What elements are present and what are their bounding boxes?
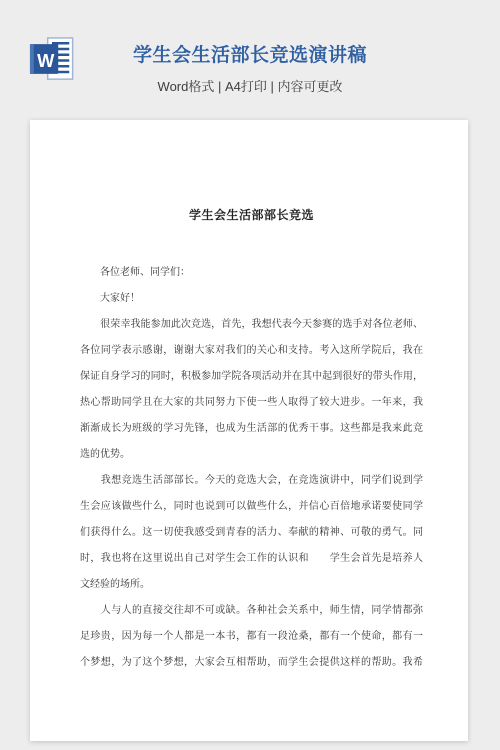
- text-line: 各位同学表示感谢，谢谢大家对我们的关心和支持。考入这所学院后，我在: [80, 338, 423, 364]
- text-line: 热心帮助同学且在大家的共同努力下使一些人取得了较大进步。一年来，我: [80, 390, 423, 416]
- page-background: W 学生会生活部长竞选演讲稿 Word格式 | A4打印 | 内容可更改 学生会…: [0, 0, 500, 750]
- text-line: 人与人的直接交往却不可或缺。各种社会关系中，师生情，同学情都弥: [80, 598, 423, 624]
- document-body: 各位老师、同学们： 大家好！ 很荣幸我能参加此次竞选，首先，我想代表今天参赛的选…: [80, 260, 423, 676]
- paragraph: 人与人的直接交往却不可或缺。各种社会关系中，师生情，同学情都弥足珍贵，因为每一个…: [80, 598, 423, 676]
- text-line: 很荣幸我能参加此次竞选，首先，我想代表今天参赛的选手对各位老师、: [80, 312, 423, 338]
- text-line: 各位老师、同学们：: [80, 260, 423, 286]
- header: W 学生会生活部长竞选演讲稿 Word格式 | A4打印 | 内容可更改: [0, 0, 500, 120]
- document-heading: 学生会生活部部长竞选: [80, 208, 423, 222]
- text-line: 渐渐成长为班级的学习先锋，也成为生活部的优秀干事。这些都是我来此竞: [80, 416, 423, 442]
- text-line: 个梦想，为了这个梦想，大家会互相帮助，而学生会提供这样的帮助。我希: [80, 650, 423, 676]
- paragraph: 大家好！: [80, 286, 423, 312]
- paragraph: 很荣幸我能参加此次竞选，首先，我想代表今天参赛的选手对各位老师、各位同学表示感谢…: [80, 312, 423, 468]
- text-line: 们获得什么。这一切使我感受到青春的活力、奉献的精神、可敬的勇气。同: [80, 520, 423, 546]
- text-line: 大家好！: [80, 286, 423, 312]
- text-line: 保证自身学习的同时，积极参加学院各项活动并在其中起到很好的带头作用，: [80, 364, 423, 390]
- text-line: 时，我也将在这里说出自己对学生会工作的认识和 学生会首先是培养人: [80, 546, 423, 572]
- text-line: 我想竞选生活部部长。今天的竞选大会，在竞选演讲中，同学们说到学: [80, 468, 423, 494]
- text-line: 选的优势。: [80, 442, 423, 468]
- text-line: 足珍贵，因为每一个人都是一本书，都有一段沧桑，都有一个使命，都有一: [80, 624, 423, 650]
- paragraph: 各位老师、同学们：: [80, 260, 423, 286]
- page-title: 学生会生活部长竞选演讲稿: [0, 43, 500, 69]
- paragraph: 我想竞选生活部部长。今天的竞选大会，在竞选演讲中，同学们说到学生会应该做些什么，…: [80, 468, 423, 598]
- page-subtitle: Word格式 | A4打印 | 内容可更改: [0, 78, 500, 95]
- document-page: 学生会生活部部长竞选 各位老师、同学们： 大家好！ 很荣幸我能参加此次竞选，首先…: [30, 120, 468, 741]
- text-line: 生会应该做些什么，同时也说到可以做些什么，并信心百倍地承诺要使同学: [80, 494, 423, 520]
- text-line: 文经验的场所。: [80, 572, 423, 598]
